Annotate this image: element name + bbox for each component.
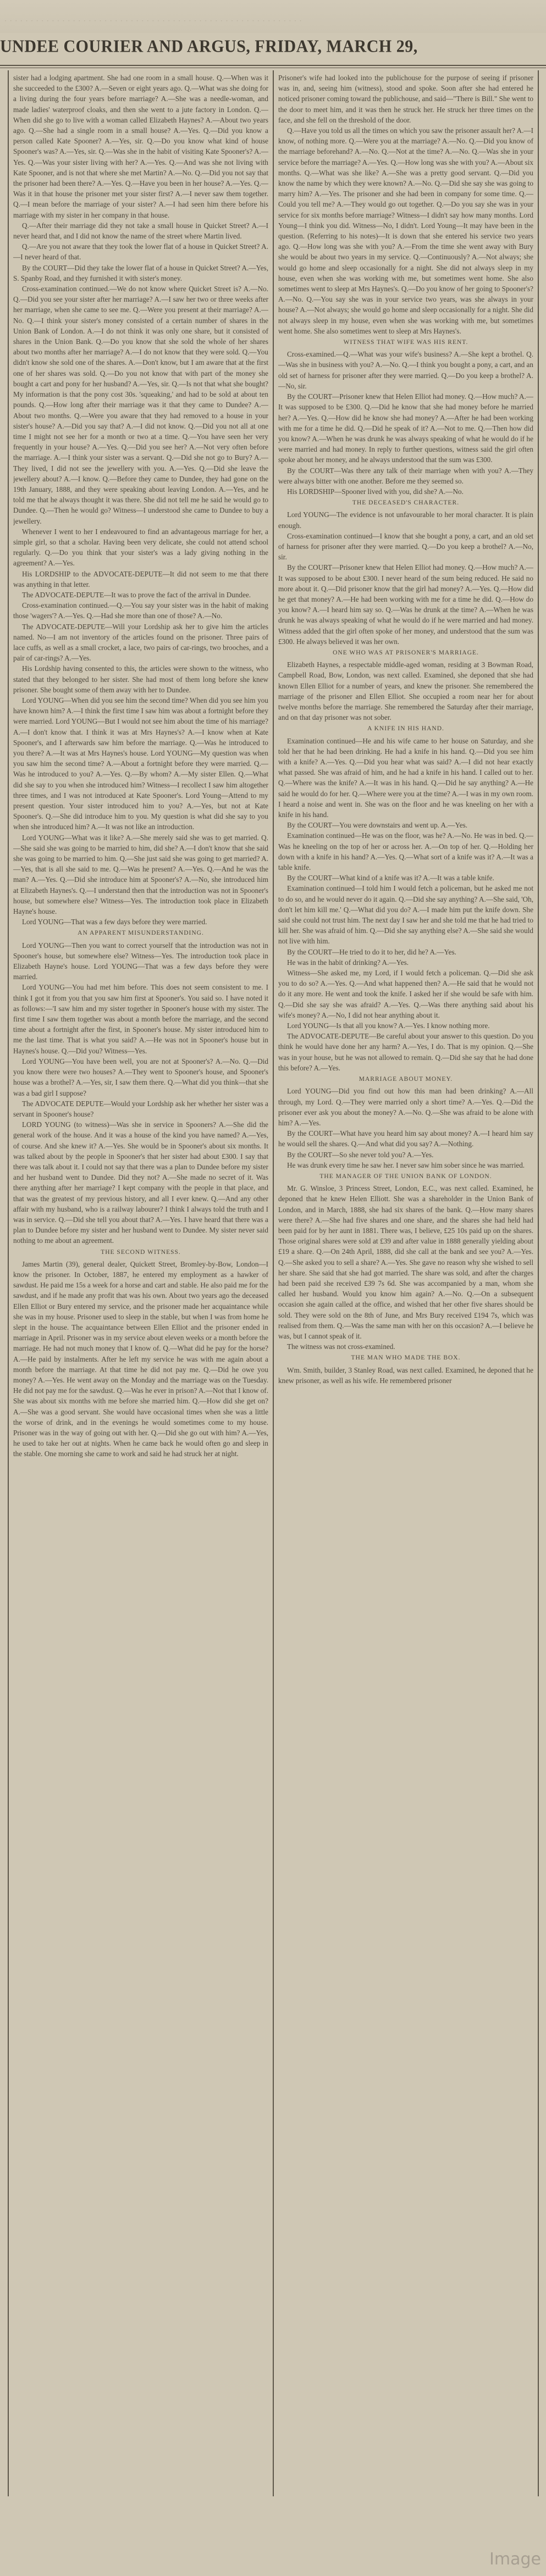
newspaper-masthead: UNDEE COURIER AND ARGUS, FRIDAY, MARCH 2… <box>0 37 546 57</box>
paragraph: Cross-examination continued.—Q.—You say … <box>13 600 268 621</box>
paragraph: Lord YOUNG—Did you find out how this man… <box>278 1086 533 1128</box>
section-heading: WITNESS THAT WIFE WAS HIS RENT. <box>278 337 533 348</box>
right-edge-column-fragment <box>541 73 546 2499</box>
left-edge-column-fragment <box>1 73 7 2499</box>
section-heading: MARRIAGE ABOUT MONEY. <box>278 1074 533 1085</box>
paragraph: Mr. G. Winsloe, 3 Princess Street, Londo… <box>278 1183 533 1341</box>
paragraph: Examination continued—I told him I would… <box>278 883 533 946</box>
paragraph: By the COURT—You were downstairs and wen… <box>278 820 533 830</box>
paragraph: He was in the habit of drinking? A.—Yes. <box>278 957 533 968</box>
section-heading: THE SECOND WITNESS. <box>13 1247 268 1258</box>
paragraph: James Martin (39), general dealer, Quick… <box>13 1259 268 1459</box>
paragraph: Witness—She asked me, my Lord, if I woul… <box>278 968 533 1020</box>
paragraph: The witness was not cross-examined. <box>278 1341 533 1352</box>
paragraph: Lord YOUNG—Then you want to correct your… <box>13 940 268 982</box>
center-column-rule <box>273 70 274 2496</box>
paragraph: Examination continued—He was on the floo… <box>278 830 533 873</box>
paragraph: Lord YOUNG—The evidence is not unfavoura… <box>278 509 533 530</box>
paragraph: The ADVOCATE-DEPUTE—Be careful about you… <box>278 1031 533 1073</box>
section-heading: THE DECEASED'S CHARACTER. <box>278 498 533 508</box>
paragraph: The ADVOCATE-DEPUTE—Will your Lordship a… <box>13 621 268 664</box>
section-heading: THE MANAGER OF THE UNION BANK OF LONDON. <box>278 1172 533 1182</box>
section-heading: A KNIFE IN HIS HAND. <box>278 724 533 734</box>
paragraph: Cross-examination continued.—We do not k… <box>13 284 268 526</box>
paragraph: Lord YOUNG—You had met him before. This … <box>13 982 268 1056</box>
paragraph: Examination continued—He and his wife ca… <box>278 736 533 820</box>
section-heading: AN APPARENT MISUNDERSTANDING. <box>13 928 268 939</box>
paragraph: By the COURT—Did they take the lower fla… <box>13 263 268 284</box>
paragraph: By the COURT—Prisoner knew that Helen El… <box>278 562 533 647</box>
masthead-rule <box>0 65 546 68</box>
paragraph: Cross-examined.—Q.—What was your wife's … <box>278 349 533 391</box>
paragraph: Whenever I went to her I endeavoured to … <box>13 526 268 569</box>
paragraph: Q.—Have you told us all the times on whi… <box>278 125 533 336</box>
paragraph: LORD YOUNG (to witness)—Was she in servi… <box>13 1119 268 1246</box>
left-column-rule <box>8 70 9 2496</box>
paragraph: By the COURT—What have you heard him say… <box>278 1128 533 1149</box>
paragraph: By the COURT—So she never told you? A.—Y… <box>278 1150 533 1160</box>
paragraph: Q.—After their marriage did they not tak… <box>13 220 268 241</box>
bleed-through-text: · · · · · · · · · · · · · · · · · · · · … <box>4 16 541 27</box>
paragraph: Wm. Smith, builder, 3 Stanley Road, was … <box>278 1365 533 1386</box>
paragraph: The ADVOCATE-DEPUTE—It was to prove the … <box>13 590 268 600</box>
section-heading: ONE WHO WAS AT PRISONER'S MARRIAGE. <box>278 648 533 658</box>
paragraph: Lord YOUNG—Is that all you know? A.—Yes.… <box>278 1020 533 1031</box>
paragraph: By the COURT—What kind of a knife was it… <box>278 873 533 883</box>
paragraph: Lord YOUNG—What was it like? A.—She mere… <box>13 832 268 917</box>
paragraph: Q.—Are you not aware that they took the … <box>13 241 268 262</box>
paragraph: By the COURT—Prisoner knew that Helen El… <box>278 391 533 465</box>
paragraph: Lord YOUNG—That was a few days before th… <box>13 917 268 927</box>
watermark: Image <box>489 2550 541 2569</box>
paragraph: His LORDSHIP to the ADVOCATE-DEPUTE—It d… <box>13 569 268 590</box>
paragraph: His Lordship having consented to this, t… <box>13 663 268 695</box>
paragraph: He was drunk every time he saw her. I ne… <box>278 1160 533 1170</box>
right-article-column: Prisoner's wife had looked into the publ… <box>278 73 533 2499</box>
right-column-rule <box>538 70 539 2496</box>
section-heading: THE MAN WHO MADE THE BOX. <box>278 1353 533 1363</box>
paragraph: Lord YOUNG—When did you see him the seco… <box>13 695 268 832</box>
paragraph: Lord YOUNG—You have been well, you are n… <box>13 1056 268 1098</box>
paragraph: The ADVOCATE DEPUTE—Would your Lordship … <box>13 1098 268 1119</box>
paragraph: Elizabeth Haynes, a respectable middle-a… <box>278 659 533 723</box>
paragraph: By the COURT—He tried to do it to her, d… <box>278 947 533 957</box>
left-article-column: sister had a lodging apartment. She had … <box>13 73 268 2499</box>
paragraph: Prisoner's wife had looked into the publ… <box>278 73 533 125</box>
paragraph: By the COURT—Was there any talk of their… <box>278 465 533 486</box>
paragraph: His LORDSHIP—Spooner lived with you, did… <box>278 486 533 497</box>
paragraph: sister had a lodging apartment. She had … <box>13 73 268 220</box>
paragraph: Cross-examination continued—I know that … <box>278 531 533 563</box>
